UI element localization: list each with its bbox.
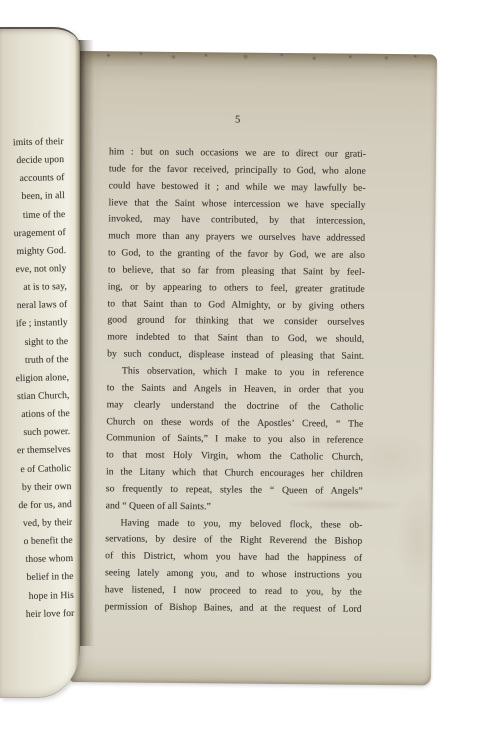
text-line: to believe, that so far from pleasing th…: [108, 262, 365, 281]
text-line: so frequently to repeat, styles the “ Qu…: [106, 481, 363, 500]
right-page: 5 him : but on such occasions we are to …: [70, 51, 437, 685]
book-photograph: 5 him : but on such occasions we are to …: [0, 0, 500, 737]
right-page-text: him : but on such occasions we are to di…: [105, 144, 367, 618]
text-line: could have bestowed it ; and while we ma…: [109, 178, 366, 197]
text-line: ing, or by appearing to others to feel, …: [108, 279, 365, 298]
left-page-curled: imits of theirdecide uponaccounts ofbeen…: [0, 27, 80, 698]
left-page-text: imits of theirdecide uponaccounts ofbeen…: [0, 133, 75, 626]
text-line: permission of Bishop Baines, and at the …: [105, 599, 362, 618]
text-line: have listened, I now proceed to read to …: [105, 582, 362, 601]
text-line: to the Saints and Angels in Heaven, in o…: [107, 380, 364, 399]
text-line: may clearly understand the doctrine of t…: [107, 397, 364, 416]
text-line: tude for the favor received, principally…: [109, 161, 366, 180]
page-number: 5: [109, 113, 366, 126]
right-page-top-edge-soiling: [76, 51, 437, 70]
text-line: and “ Queen of all Saints.”: [106, 498, 363, 517]
cutoff-text-line: heir love for: [0, 605, 75, 626]
